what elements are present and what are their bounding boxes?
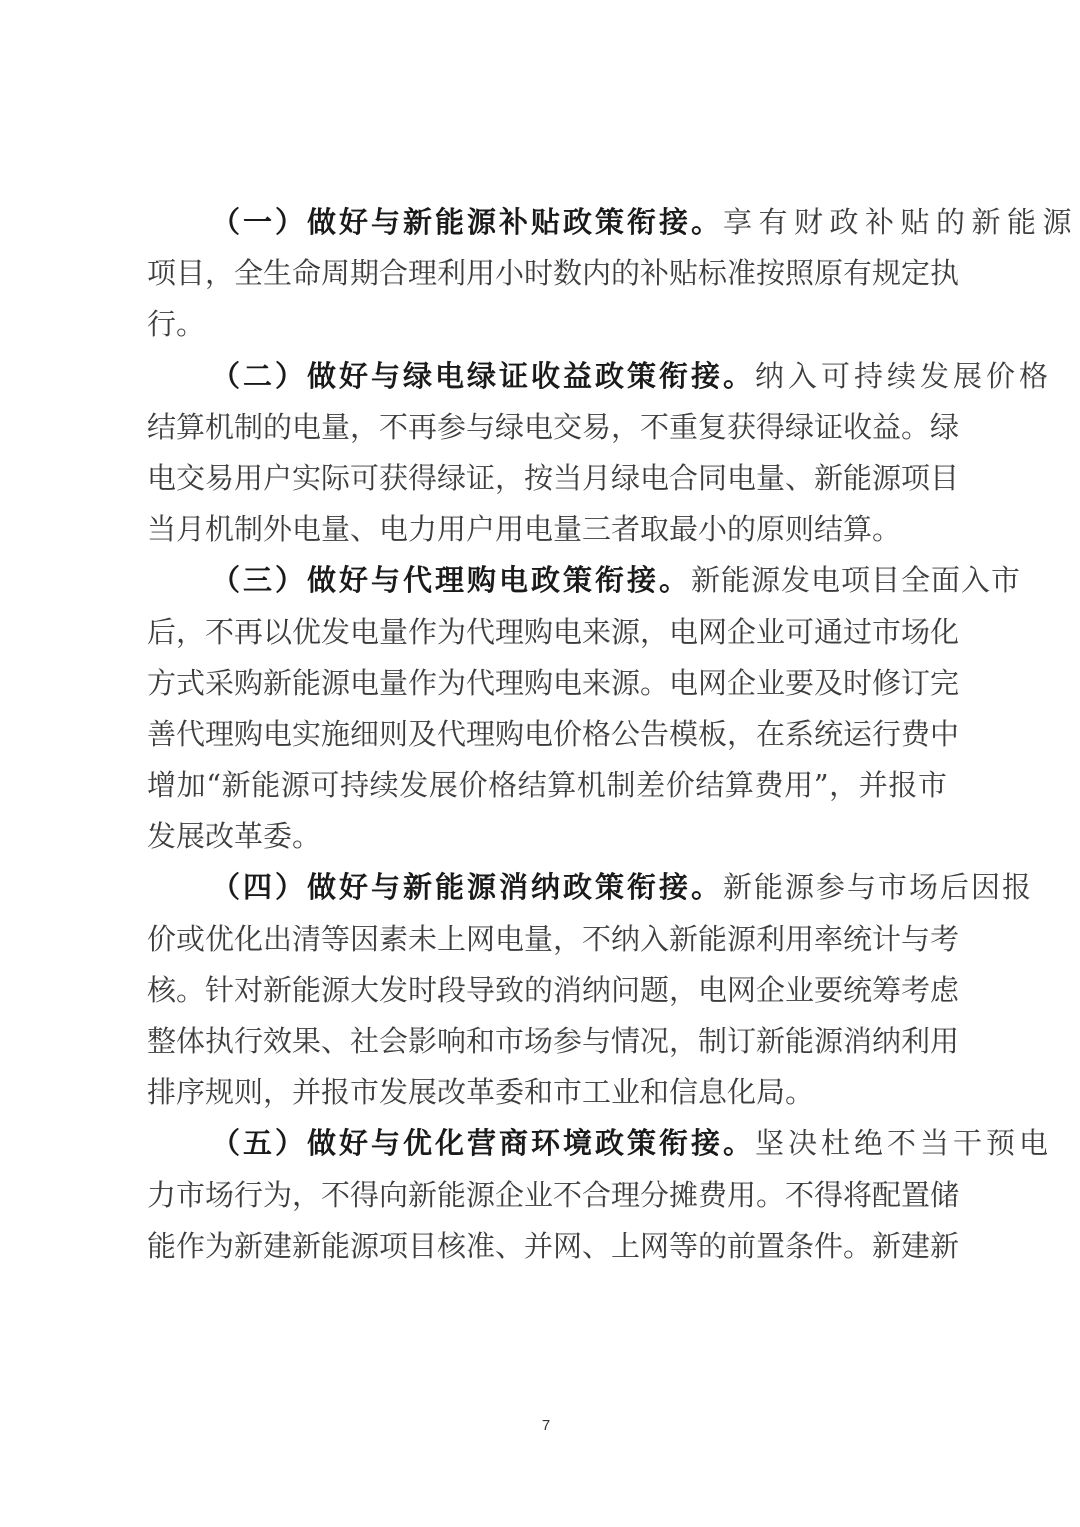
paragraph-line: 排序规则，并报市发展改革委和市工业和信息化局。 [147,1067,947,1118]
paragraph-line: 方式采购新能源电量作为代理购电来源。电网企业要及时修订完 [147,658,947,709]
document-body: （一）做好与新能源补贴政策衔接。 享有财政补贴的新能源 项目，全生命周期合理利用… [147,197,947,1272]
paragraph-line: 发展改革委。 [147,811,947,862]
paragraph-text: 排序规则，并报市发展改革委和市工业和信息化局。 [147,1067,814,1118]
paragraph-text: 增加“新能源可持续发展价格结算机制差价结算费用”，并报市 [147,760,947,811]
paragraph-text: 行。 [147,299,205,350]
section-heading: （五）做好与优化营商环境政策衔接。 [211,1118,755,1169]
document-page: （一）做好与新能源补贴政策衔接。 享有财政补贴的新能源 项目，全生命周期合理利用… [0,0,1080,1527]
paragraph-text: 善代理购电实施细则及代理购电价格公告模板，在系统运行费中 [147,709,947,760]
section-heading: （二）做好与绿电绿证收益政策衔接。 [211,351,755,402]
paragraph-line: 增加“新能源可持续发展价格结算机制差价结算费用”，并报市 [147,760,947,811]
paragraph-text: 坚决杜绝不当干预电 [755,1118,1052,1169]
paragraph-text: 能作为新建新能源项目核准、并网、上网等的前置条件。新建新 [147,1221,947,1272]
paragraph-line: 电交易用户实际可获得绿证，按当月绿电合同电量、新能源项目 [147,453,947,504]
paragraph-text: 整体执行效果、社会影响和市场参与情况，制订新能源消纳利用 [147,1016,947,1067]
paragraph-line: （四）做好与新能源消纳政策衔接。 新能源参与市场后因报 [147,862,947,913]
paragraph-text: 力市场行为，不得向新能源企业不合理分摊费用。不得将配置储 [147,1170,947,1221]
paragraph-text: 核。针对新能源大发时段导致的消纳问题，电网企业要统筹考虑 [147,965,947,1016]
paragraph-line: 项目，全生命周期合理利用小时数内的补贴标准按照原有规定执 [147,248,947,299]
section-3-proxy-purchase-policy: （三）做好与代理购电政策衔接。 新能源发电项目全面入市 后，不再以优发电量作为代… [147,555,947,862]
paragraph-text: 发展改革委。 [147,811,321,862]
paragraph-text: 新能源发电项目全面入市 [691,555,1021,606]
paragraph-line: 行。 [147,299,947,350]
paragraph-line: 价或优化出清等因素未上网电量，不纳入新能源利用率统计与考 [147,914,947,965]
paragraph-text: 结算机制的电量，不再参与绿电交易，不重复获得绿证收益。绿 [147,402,947,453]
page-number: 7 [536,1417,556,1434]
paragraph-text: 享有财政补贴的新能源 [723,197,1078,248]
paragraph-text: 电交易用户实际可获得绿证，按当月绿电合同电量、新能源项目 [147,453,947,504]
paragraph-line: 能作为新建新能源项目核准、并网、上网等的前置条件。新建新 [147,1221,947,1272]
paragraph-text: 方式采购新能源电量作为代理购电来源。电网企业要及时修订完 [147,658,947,709]
paragraph-text: 后，不再以优发电量作为代理购电来源，电网企业可通过市场化 [147,607,947,658]
paragraph-line: 当月机制外电量、电力用户用电量三者取最小的原则结算。 [147,504,947,555]
section-5-business-environment-policy: （五）做好与优化营商环境政策衔接。 坚决杜绝不当干预电 力市场行为，不得向新能源… [147,1118,947,1272]
paragraph-line: （五）做好与优化营商环境政策衔接。 坚决杜绝不当干预电 [147,1118,947,1169]
paragraph-text: 当月机制外电量、电力用户用电量三者取最小的原则结算。 [147,504,901,555]
section-heading: （三）做好与代理购电政策衔接。 [211,555,691,606]
paragraph-line: 善代理购电实施细则及代理购电价格公告模板，在系统运行费中 [147,709,947,760]
paragraph-line: 力市场行为，不得向新能源企业不合理分摊费用。不得将配置储 [147,1170,947,1221]
paragraph-text: 价或优化出清等因素未上网电量，不纳入新能源利用率统计与考 [147,914,947,965]
section-heading: （一）做好与新能源补贴政策衔接。 [211,197,723,248]
paragraph-text: 纳入可持续发展价格 [755,351,1052,402]
paragraph-line: 核。针对新能源大发时段导致的消纳问题，电网企业要统筹考虑 [147,965,947,1016]
section-1-subsidy-policy: （一）做好与新能源补贴政策衔接。 享有财政补贴的新能源 项目，全生命周期合理利用… [147,197,947,351]
paragraph-line: （二）做好与绿电绿证收益政策衔接。 纳入可持续发展价格 [147,351,947,402]
paragraph-line: （三）做好与代理购电政策衔接。 新能源发电项目全面入市 [147,555,947,606]
section-heading: （四）做好与新能源消纳政策衔接。 [211,862,723,913]
section-4-consumption-policy: （四）做好与新能源消纳政策衔接。 新能源参与市场后因报 价或优化出清等因素未上网… [147,862,947,1118]
paragraph-text: 项目，全生命周期合理利用小时数内的补贴标准按照原有规定执 [147,248,947,299]
section-2-green-cert-policy: （二）做好与绿电绿证收益政策衔接。 纳入可持续发展价格 结算机制的电量，不再参与… [147,351,947,556]
paragraph-line: 后，不再以优发电量作为代理购电来源，电网企业可通过市场化 [147,607,947,658]
paragraph-line: 结算机制的电量，不再参与绿电交易，不重复获得绿证收益。绿 [147,402,947,453]
paragraph-line: 整体执行效果、社会影响和市场参与情况，制订新能源消纳利用 [147,1016,947,1067]
paragraph-text: 新能源参与市场后因报 [723,862,1033,913]
paragraph-line: （一）做好与新能源补贴政策衔接。 享有财政补贴的新能源 [147,197,947,248]
